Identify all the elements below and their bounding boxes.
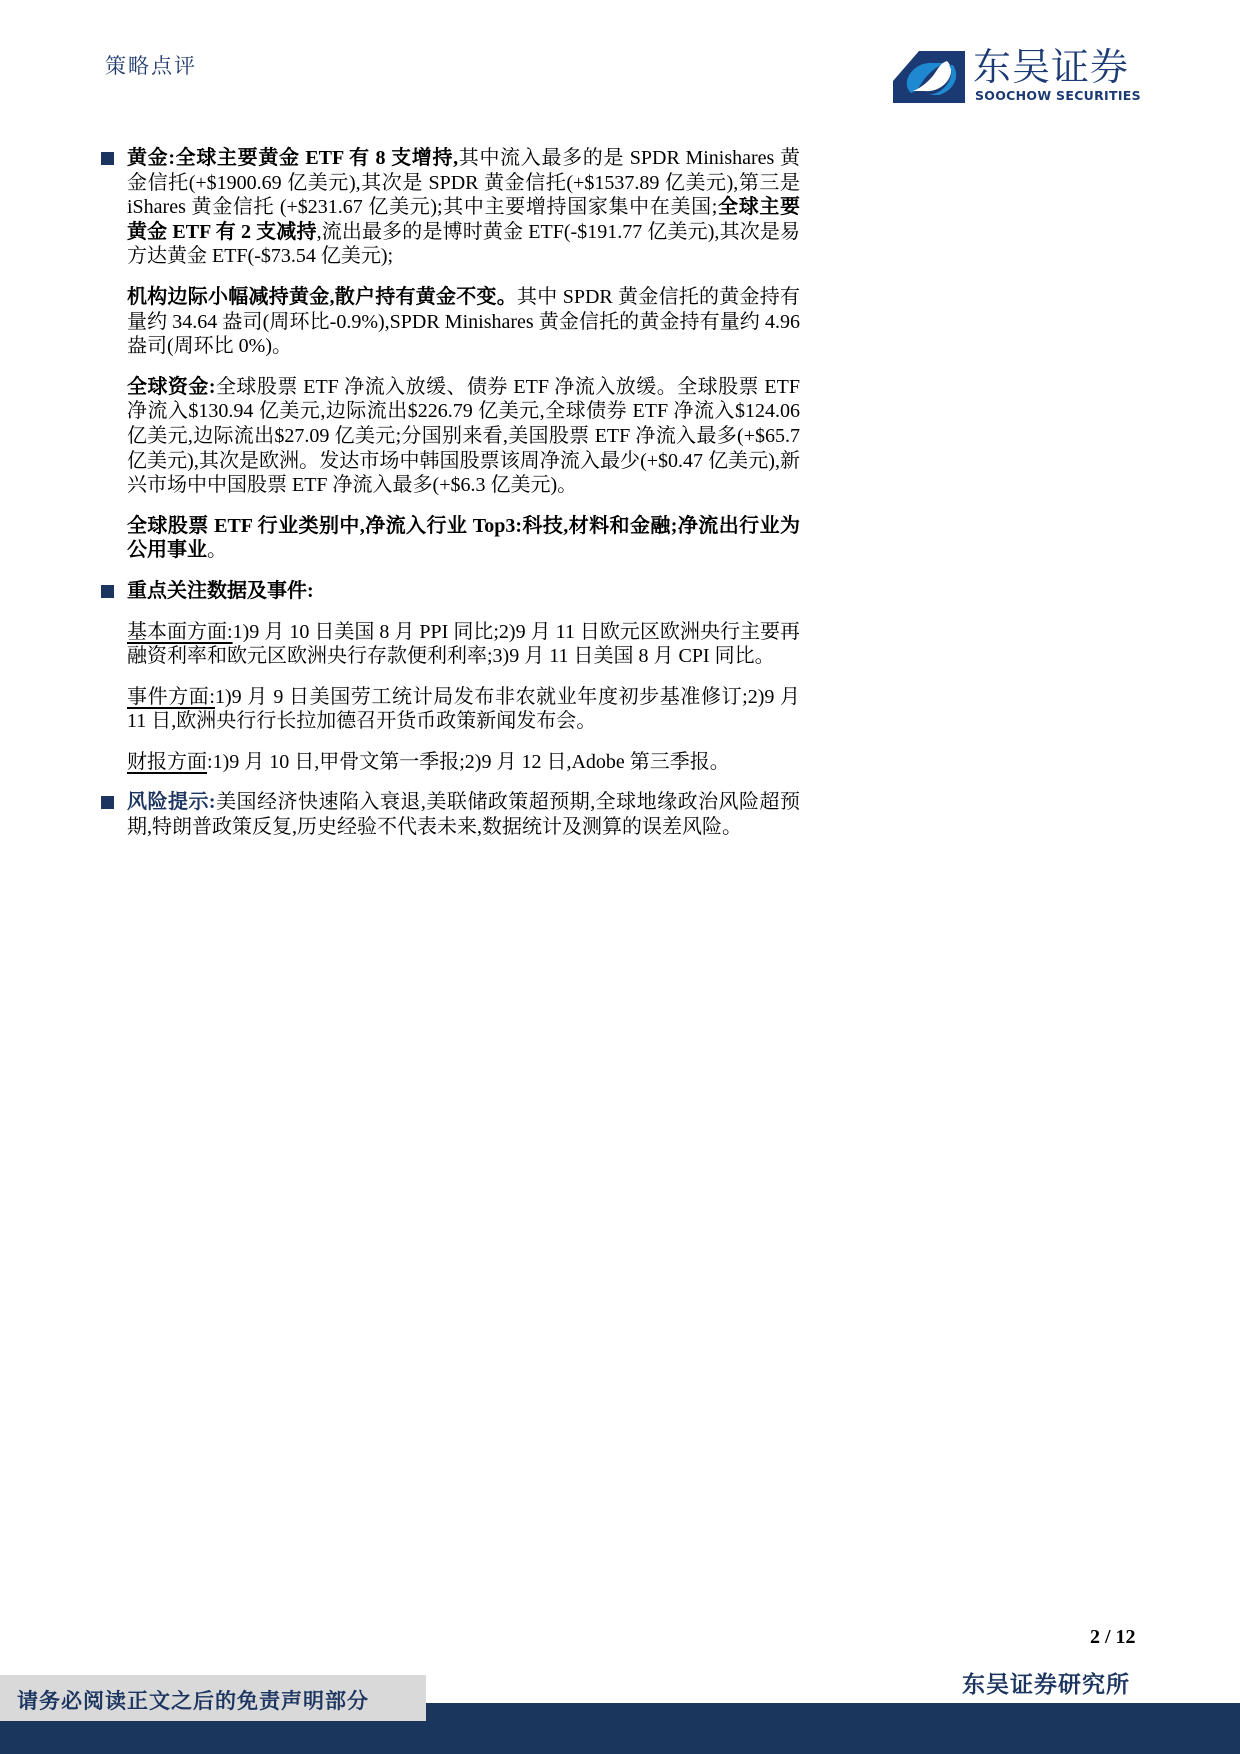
- global-funds-label: 全球资金:: [127, 376, 216, 398]
- events-paragraph: 事件方面:1)9 月 9 日美国劳工统计局发布非农就业年度初步基准修订;2)9 …: [127, 685, 800, 734]
- key-focus-heading: 重点关注数据及事件:: [127, 579, 800, 604]
- gold-increase-headline: 全球主要黄金 ETF 有 8 支增持,: [175, 147, 458, 169]
- risk-label: 风险提示:: [127, 791, 216, 813]
- fundamentals-paragraph: 基本面方面:1)9 月 10 日美国 8 月 PPI 同比;2)9 月 11 日…: [127, 620, 800, 669]
- sectors-paragraph: 全球股票 ETF 行业类别中,净流入行业 Top3:科技,材料和金融;净流出行业…: [127, 514, 800, 563]
- earnings-paragraph: 财报方面:1)9 月 10 日,甲骨文第一季报;2)9 月 12 日,Adobe…: [127, 750, 800, 775]
- events-text: 1)9 月 9 日美国劳工统计局发布非农就业年度初步基准修订;2)9 月 11 …: [127, 686, 800, 733]
- sectors-end: 。: [207, 539, 227, 561]
- disclaimer-text: 请务必阅读正文之后的免责声明部分: [17, 1685, 369, 1715]
- company-logo: 东吴证券 SOOCHOW SECURITIES: [893, 46, 1153, 106]
- earnings-text: 1)9 月 10 日,甲骨文第一季报;2)9 月 12 日,Adobe 第三季报…: [213, 751, 730, 773]
- gold-label: 黄金:: [127, 147, 175, 169]
- logo-english-name: SOOCHOW SECURITIES: [975, 88, 1141, 103]
- global-funds-paragraph: 全球资金:全球股票 ETF 净流入放缓、债券 ETF 净流入放缓。全球股票 ET…: [127, 375, 800, 498]
- global-funds-text: 全球股票 ETF 净流入放缓、债券 ETF 净流入放缓。全球股票 ETF 净流入…: [127, 376, 800, 496]
- institutions-headline: 机构边际小幅减持黄金,散户持有黄金不变。: [127, 286, 517, 308]
- header-section-tag: 策略点评: [105, 50, 197, 80]
- risk-text: 美国经济快速陷入衰退,美联储政策超预期,全球地缘政治风险超预期,特朗普政策反复,…: [127, 791, 800, 838]
- sectors-headline: 全球股票 ETF 行业类别中,净流入行业 Top3:科技,材料和金融;净流出行业…: [127, 515, 800, 562]
- logo-chinese-name: 东吴证券: [973, 46, 1129, 88]
- footer-institute-name: 东吴证券研究所: [962, 1666, 1130, 1699]
- risk-paragraph: 风险提示:美国经济快速陷入衰退,美联储政策超预期,全球地缘政治风险超预期,特朗普…: [127, 790, 800, 839]
- gold-paragraph: 黄金:全球主要黄金 ETF 有 8 支增持,其中流入最多的是 SPDR Mini…: [127, 146, 800, 269]
- institutions-paragraph: 机构边际小幅减持黄金,散户持有黄金不变。其中 SPDR 黄金信托的黄金持有量约 …: [127, 285, 800, 359]
- key-focus-heading-text: 重点关注数据及事件:: [127, 580, 314, 602]
- soochow-logo-icon: [893, 51, 965, 103]
- disclaimer-notice: 请务必阅读正文之后的免责声明部分: [0, 1675, 426, 1721]
- earnings-label: 财报方面: [127, 751, 207, 773]
- page-number: 2 / 12: [1090, 1626, 1136, 1649]
- fundamentals-label: 基本面方面:: [127, 621, 233, 643]
- report-body: 黄金:全球主要黄金 ETF 有 8 支增持,其中流入最多的是 SPDR Mini…: [100, 146, 800, 856]
- events-label: 事件方面:: [127, 686, 215, 708]
